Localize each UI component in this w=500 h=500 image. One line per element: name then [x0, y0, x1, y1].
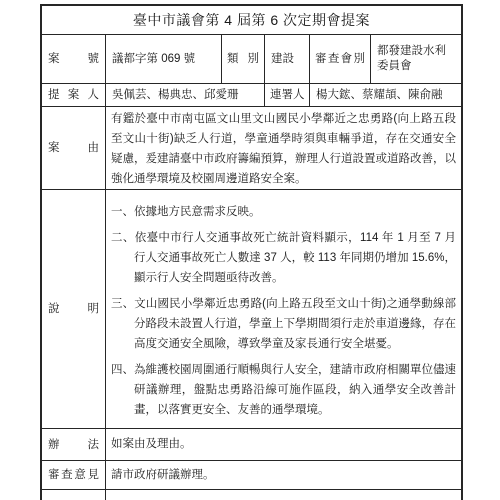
- case-number-label-cell: 案號: [42, 35, 105, 83]
- explanation-item-4: 四、為維護校園周圍通行順暢與行人安全，建請市政府相關單位儘速研議辦理，盤點忠勇路…: [111, 360, 456, 420]
- category-value: 建設: [271, 52, 294, 67]
- review-opinion-label: 審查意見: [48, 468, 99, 482]
- cosigner-value-cell: 楊大鋐、蔡耀頡、陳俞融: [309, 84, 461, 106]
- committee-value-cell: 都發建設水利委員會: [370, 35, 461, 83]
- explanation-item-1-number: 一、: [111, 206, 134, 218]
- method-label-cell: 辦法: [42, 429, 105, 460]
- partial-row-value-cell: [105, 490, 461, 500]
- proposer-row: 提案人 吳佩芸、楊典忠、邱愛珊 連署人 楊大鋐、蔡耀頡、陳俞融: [42, 84, 461, 107]
- case-header-row: 案號 議都字第 069 號 類別 建設 審查會別 都發建設水利委員會: [42, 35, 461, 84]
- explanation-item-2-number: 二、: [111, 232, 135, 244]
- explanation-item-4-number: 四、: [111, 364, 134, 376]
- cosigner-label-cell: 連署人: [264, 84, 309, 106]
- case-number-value-cell: 議都字第 069 號: [105, 35, 221, 83]
- reason-text-cell: 有鑑於臺中市南屯區文山里文山國民小學鄰近之忠勇路(向上路五段至文山十街)缺乏人行…: [105, 107, 461, 189]
- cosigner-names: 楊大鋐、蔡耀頡、陳俞融: [316, 88, 443, 103]
- proposer-label: 提案人: [48, 88, 99, 102]
- proposer-label-cell: 提案人: [42, 84, 105, 106]
- review-opinion-text: 請市政府研議辦理。: [111, 468, 215, 483]
- method-row: 辦法 如案由及理由。: [42, 429, 461, 461]
- proposer-value-cell: 吳佩芸、楊典忠、邱愛珊: [105, 84, 264, 106]
- explanation-item-3-number: 三、: [111, 298, 134, 310]
- explanation-row: 說明 一、依據地方民意需求反映。 二、依臺中市行人交通事故死亡統計資料顯示，11…: [42, 190, 461, 429]
- method-label: 辦法: [48, 438, 99, 452]
- explanation-item-1-text: 依據地方民意需求反映。: [134, 206, 261, 218]
- case-number-label: 案號: [48, 52, 99, 66]
- partial-row-label-cell: [42, 490, 105, 500]
- category-label-cell: 類別: [221, 35, 264, 83]
- method-text-cell: 如案由及理由。: [105, 429, 461, 460]
- review-opinion-text-cell: 請市政府研議辦理。: [105, 461, 461, 489]
- method-text: 如案由及理由。: [111, 437, 192, 452]
- explanation-item-2: 二、依臺中市行人交通事故死亡統計資料顯示，114 年 1 月至 7 月行人交通事…: [111, 228, 456, 288]
- document-title: 臺中市議會第 4 屆第 6 次定期會提案: [133, 10, 370, 30]
- category-value-cell: 建設: [264, 35, 309, 83]
- case-number-value: 議都字第 069 號: [112, 52, 195, 67]
- proposal-document-page: 臺中市議會第 4 屆第 6 次定期會提案 案號 議都字第 069 號 類別 建設…: [0, 0, 500, 500]
- reason-label: 案由: [48, 141, 99, 155]
- committee-label: 審查會別: [315, 52, 365, 66]
- reason-text: 有鑑於臺中市南屯區文山里文山國民小學鄰近之忠勇路(向上路五段至文山十街)缺乏人行…: [111, 113, 456, 185]
- review-opinion-label-cell: 審查意見: [42, 461, 105, 489]
- explanation-item-3-text: 文山國民小學鄰近忠勇路(向上路五段至文山十街)之通學動線部分路段未設置人行道，學…: [134, 298, 456, 350]
- proposal-table: 臺中市議會第 4 屆第 6 次定期會提案 案號 議都字第 069 號 類別 建設…: [40, 4, 463, 500]
- cosigner-label: 連署人: [270, 88, 304, 102]
- explanation-text-cell: 一、依據地方民意需求反映。 二、依臺中市行人交通事故死亡統計資料顯示，114 年…: [105, 190, 461, 428]
- explanation-item-1: 一、依據地方民意需求反映。: [111, 202, 456, 222]
- explanation-item-3: 三、文山國民小學鄰近忠勇路(向上路五段至文山十街)之通學動線部分路段未設置人行道…: [111, 294, 456, 354]
- explanation-label: 說明: [48, 302, 99, 316]
- review-opinion-row: 審查意見 請市政府研議辦理。: [42, 461, 461, 490]
- reason-label-cell: 案由: [42, 107, 105, 189]
- partial-bottom-row: [42, 490, 461, 500]
- proposer-names: 吳佩芸、楊典忠、邱愛珊: [112, 88, 239, 103]
- category-label: 類別: [227, 52, 259, 66]
- committee-label-cell: 審查會別: [309, 35, 370, 83]
- explanation-item-4-text: 為維護校園周圍通行順暢與行人安全，建請市政府相關單位儘速研議辦理，盤點忠勇路沿線…: [134, 364, 456, 416]
- title-row: 臺中市議會第 4 屆第 6 次定期會提案: [42, 6, 461, 35]
- explanation-item-2-text: 依臺中市行人交通事故死亡統計資料顯示，114 年 1 月至 7 月行人交通事故死…: [134, 232, 456, 284]
- committee-value: 都發建設水利委員會: [377, 44, 455, 74]
- reason-row: 案由 有鑑於臺中市南屯區文山里文山國民小學鄰近之忠勇路(向上路五段至文山十街)缺…: [42, 107, 461, 190]
- explanation-label-cell: 說明: [42, 190, 105, 428]
